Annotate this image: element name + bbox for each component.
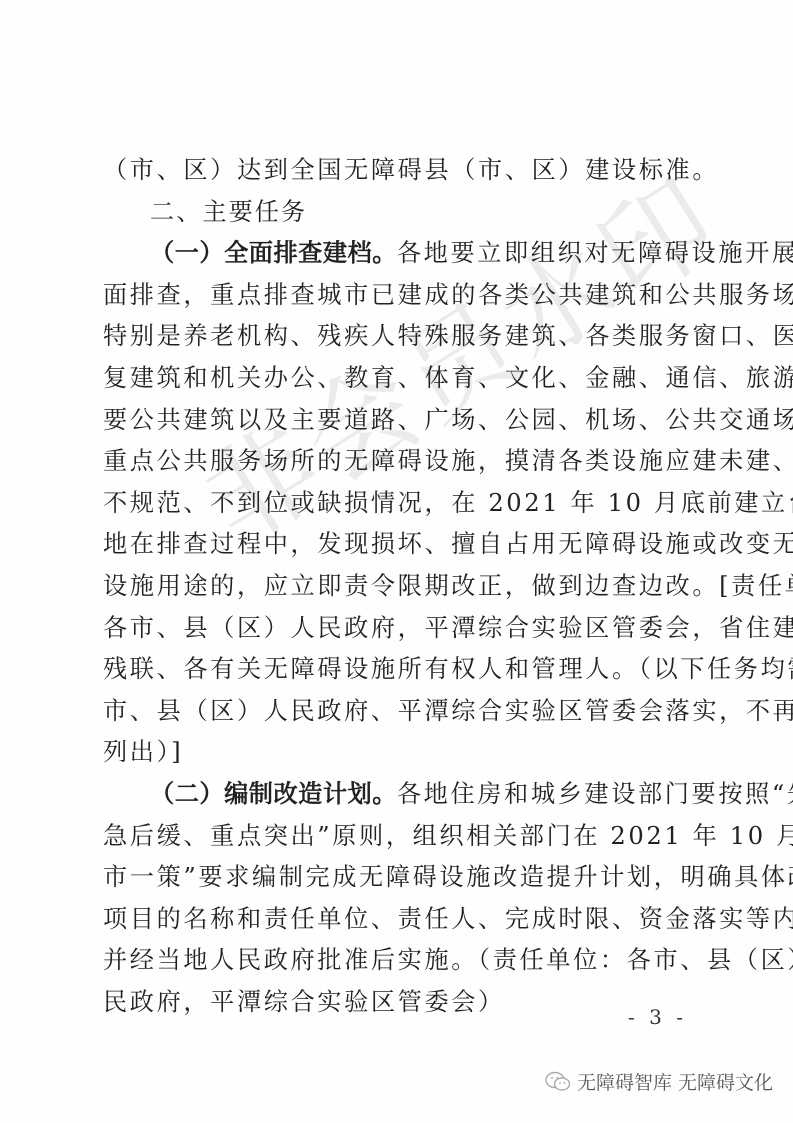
line-text: 各地要立即组织对无障碍设施开展全	[397, 239, 793, 267]
line-text: 要公共建筑以及主要道路、广场、公园、机场、公共交通场站等	[103, 406, 793, 434]
text-line: 市一策”要求编制完成无障碍设施改造提升计划，明确具体改造	[103, 857, 703, 897]
line-text: 各市、县（区）人民政府，平潭综合实验区管委会，省住建厅、	[103, 614, 793, 642]
footer-brand: 无障碍智库 无障碍文化	[545, 1068, 773, 1095]
text-line: 并经当地人民政府批准后实施。（责任单位：各市、县（区）人	[103, 940, 703, 980]
text-line: （二）编制改造计划。各地住房和城乡建设部门要按照“先	[150, 774, 703, 814]
line-text: 列出）]	[103, 738, 183, 766]
text-line: 各市、县（区）人民政府，平潭综合实验区管委会，省住建厅、	[103, 608, 703, 648]
line-text: 各地住房和城乡建设部门要按照“先	[397, 780, 793, 808]
text-line: 重点公共服务场所的无障碍设施，摸清各类设施应建未建、建设	[103, 441, 703, 481]
line-text: 面排查，重点排查城市已建成的各类公共建筑和公共服务场所，	[103, 281, 793, 309]
subsection-title: （二）编制改造计划。	[150, 780, 397, 808]
line-text: 市一策”要求编制完成无障碍设施改造提升计划，明确具体改造	[103, 863, 793, 891]
line-text: 重点公共服务场所的无障碍设施，摸清各类设施应建未建、建设	[103, 447, 793, 475]
section-heading: 二、主要任务	[150, 192, 703, 232]
line-text: 设施用途的，应立即责令限期改正，做到边查边改。[责任单位：	[103, 572, 793, 600]
text-line: 要公共建筑以及主要道路、广场、公园、机场、公共交通场站等	[103, 400, 703, 440]
subsection-title: （一）全面排查建档。	[150, 239, 397, 267]
line-text: 地在排查过程中，发现损坏、擅自占用无障碍设施或改变无障碍	[103, 530, 793, 558]
line-text: （市、区）达到全国无障碍县（市、区）建设标准。	[103, 156, 719, 184]
text-line: 项目的名称和责任单位、责任人、完成时限、资金落实等内容，	[103, 899, 703, 939]
text-line: 急后缓、重点突出”原则，组织相关部门在 2021 年 10 月底前按“一	[103, 816, 703, 856]
line-text: 残联、各有关无障碍设施所有权人和管理人。（以下任务均需各	[103, 655, 793, 683]
wechat-icon	[545, 1071, 571, 1093]
page-number: - 3 -	[628, 1005, 687, 1029]
line-text: 二、主要任务	[150, 198, 307, 226]
text-line: 民政府，平潭综合实验区管委会）	[103, 982, 703, 1022]
text-line: 市、县（区）人民政府、平潭综合实验区管委会落实，不再重复	[103, 691, 703, 731]
text-line: 面排查，重点排查城市已建成的各类公共建筑和公共服务场所，	[103, 275, 703, 315]
line-text: 特别是养老机构、残疾人特殊服务建筑、各类服务窗口、医疗康	[103, 322, 793, 350]
text-line: 地在排查过程中，发现损坏、擅自占用无障碍设施或改变无障碍	[103, 524, 703, 564]
text-line: （一）全面排查建档。各地要立即组织对无障碍设施开展全	[150, 233, 703, 273]
text-line: 复建筑和机关办公、教育、体育、文化、金融、通信、旅游等重	[103, 358, 703, 398]
text-line: 残联、各有关无障碍设施所有权人和管理人。（以下任务均需各	[103, 649, 703, 689]
text-line: 不规范、不到位或缺损情况，在 2021 年 10 月底前建立台账。各	[103, 483, 703, 523]
line-text: 不规范、不到位或缺损情况，在 2021 年 10 月底前建立台账。各	[103, 489, 793, 517]
document-page: 非会员水印 （市、区）达到全国无障碍县（市、区）建设标准。二、主要任务（一）全面…	[0, 0, 793, 1123]
line-text: 复建筑和机关办公、教育、体育、文化、金融、通信、旅游等重	[103, 364, 793, 392]
text-line: 设施用途的，应立即责令限期改正，做到边查边改。[责任单位：	[103, 566, 703, 606]
footer-brand-text: 无障碍智库 无障碍文化	[577, 1068, 773, 1095]
line-text: 急后缓、重点突出”原则，组织相关部门在 2021 年 10 月底前按“一	[103, 822, 793, 850]
text-line: 列出）]	[103, 732, 703, 772]
text-line: （市、区）达到全国无障碍县（市、区）建设标准。	[103, 150, 703, 190]
line-text: 市、县（区）人民政府、平潭综合实验区管委会落实，不再重复	[103, 697, 793, 725]
text-line: 特别是养老机构、残疾人特殊服务建筑、各类服务窗口、医疗康	[103, 316, 703, 356]
line-text: 民政府，平潭综合实验区管委会）	[103, 988, 505, 1016]
line-text: 并经当地人民政府批准后实施。（责任单位：各市、县（区）人	[103, 946, 793, 974]
line-text: 项目的名称和责任单位、责任人、完成时限、资金落实等内容，	[103, 905, 793, 933]
